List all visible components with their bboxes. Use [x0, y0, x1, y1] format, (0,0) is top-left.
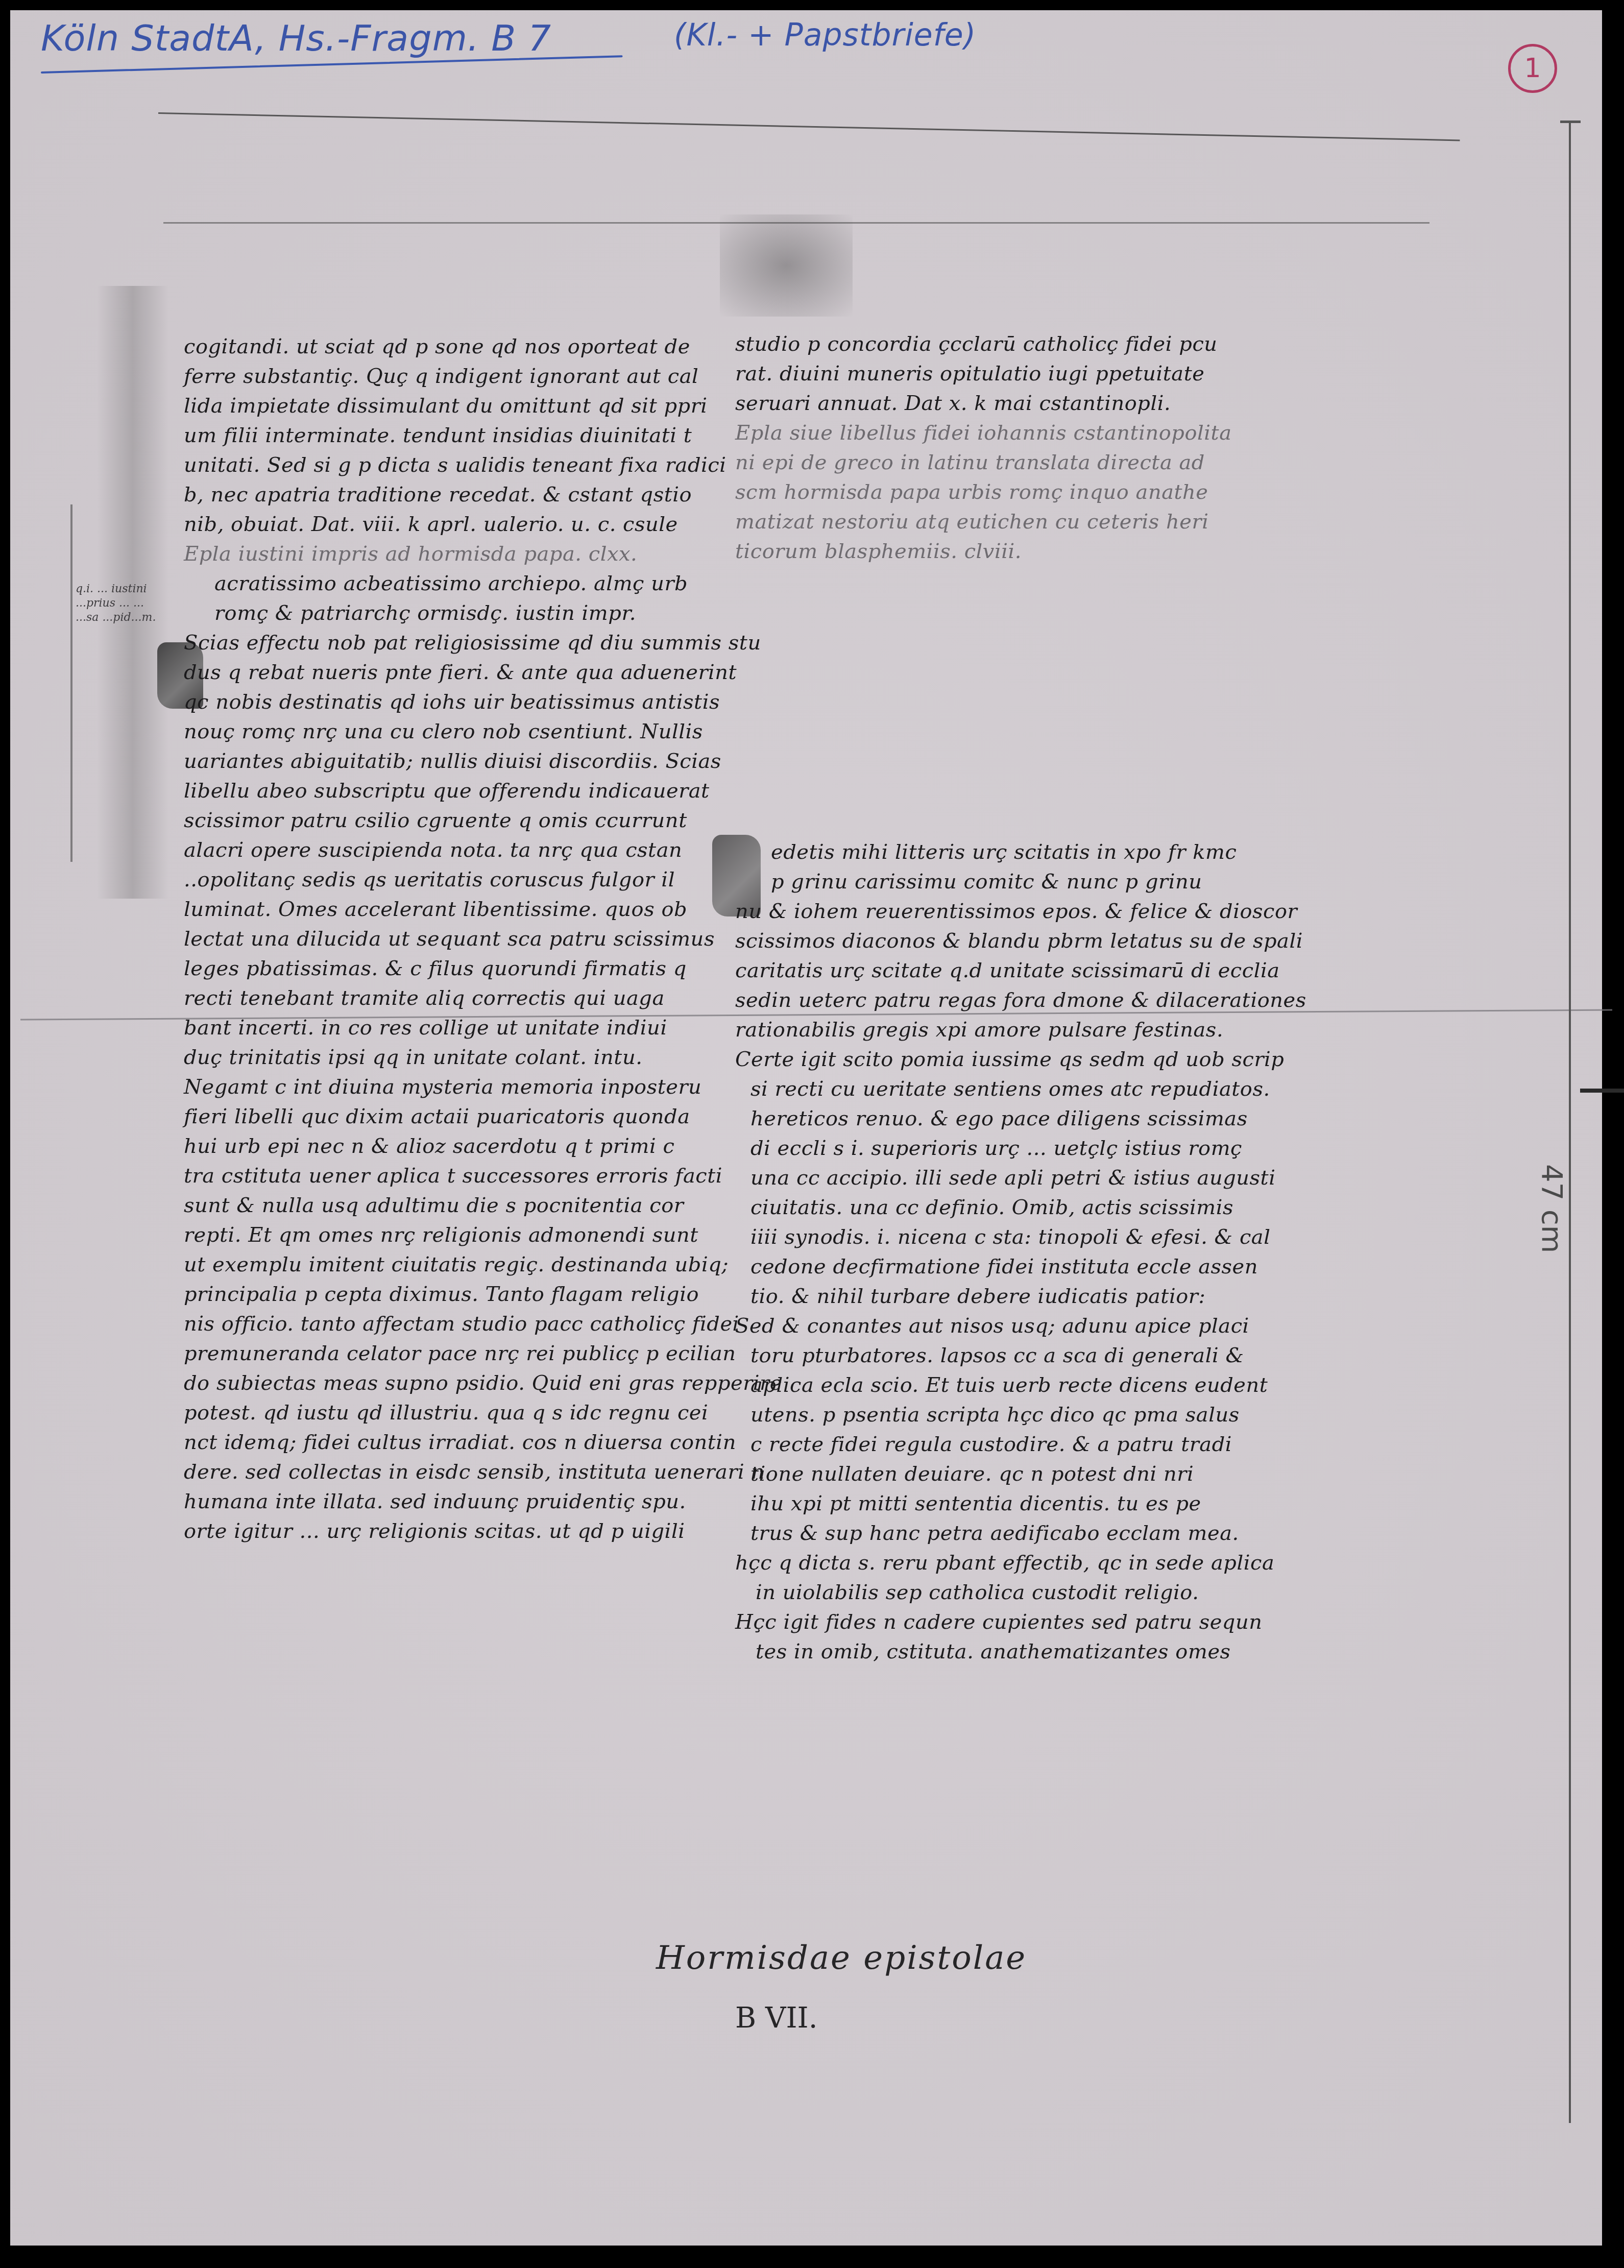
text-line: cedone decfirmatione fidei instituta ecc… [735, 1252, 1271, 1282]
text-line: tra cstituta uener aplica t successores … [184, 1161, 710, 1191]
text-line: trus & sup hanc petra aedificabo ecclam … [735, 1518, 1271, 1548]
text-line: si recti cu ueritate sentiens omes atc r… [735, 1074, 1271, 1104]
text-line: nis officio. tanto affectam studio pacc … [184, 1309, 710, 1339]
text-line: romç & patriarchç ormisdç. iustin impr. [184, 598, 710, 628]
text-line: di eccli s i. superioris urç ... uetçlç … [735, 1133, 1271, 1163]
text-line: ut exemplu imitent ciuitatis regiç. dest… [184, 1250, 710, 1280]
text-line: utens. p psentia scripta hçc dico qc pma… [735, 1400, 1271, 1430]
text-line: luminat. Omes accelerant libentissime. q… [184, 895, 710, 924]
text-line: alacri opere suscipienda nota. ta nrç qu… [184, 835, 710, 865]
text-line: ciuitatis. una cc definio. Omib, actis s… [735, 1193, 1271, 1222]
text-line: humana inte illata. sed induunç pruident… [184, 1487, 710, 1516]
rubric-line: scm hormisda papa urbis romç inquo anath… [735, 477, 1266, 507]
text-line: sedin ueterc patru regas fora dmone & di… [735, 985, 1271, 1015]
marginal-gloss: q.i. ... iustini ...prius ... ... ...sa … [76, 582, 156, 625]
right-text-column-bottom: edetis mihi litteris urç scitatis in xpo… [735, 837, 1271, 1667]
text-line: tio. & nihil turbare debere iudicatis pa… [735, 1282, 1271, 1311]
measurement-label: 47 cm [1535, 1164, 1568, 1253]
text-line: lectat una dilucida ut sequant sca patru… [184, 924, 710, 954]
text-line: ..opolitanç sedis qs ueritatis coruscus … [184, 865, 710, 895]
text-line: iiii synodis. i. nicena c sta: tinopoli … [735, 1222, 1271, 1252]
gloss-line: ...sa ...pid...m. [76, 611, 156, 625]
left-text-column: cogitandi. ut sciat qd p sone qd nos opo… [184, 332, 710, 1546]
text-line: aplica ecla scio. Et tuis uerb recte dic… [735, 1370, 1271, 1400]
text-line: sunt & nulla usq adultimu die s pocniten… [184, 1191, 710, 1220]
text-line: recti tenebant tramite aliq correctis qu… [184, 983, 710, 1013]
rubric-line: ni epi de greco in latinu translata dire… [735, 448, 1266, 477]
scan-shadow [720, 214, 853, 317]
text-line: acratissimo acbeatissimo archiepo. almç … [184, 569, 710, 598]
text-line: hçc q dicta s. reru pbant effectib, qc i… [735, 1548, 1271, 1578]
folio-number: 1 [1524, 53, 1541, 84]
archive-shelfmark-note: Köln StadtA, Hs.-Fragm. B 7 [41, 17, 551, 59]
text-line: Scias effectu nob pat religiosissime qd … [184, 628, 710, 658]
text-line: dus q rebat nueris pnte fieri. & ante qu… [184, 658, 710, 687]
text-line: orte igitur ... urç religionis scitas. u… [184, 1516, 710, 1546]
measurement-ruler-tick [1580, 1089, 1624, 1093]
text-line: studio p concordia çcclarū catholicç fid… [735, 329, 1266, 359]
text-line: nib, obuiat. Dat. viii. k aprl. ualerio.… [184, 510, 710, 539]
text-line: p grinu carissimu comitc & nunc p grinu [735, 867, 1271, 897]
rubric-line: matizat nestoriu atq eutichen cu ceteris… [735, 507, 1266, 537]
text-line: Negamt c int diuina mysteria memoria inp… [184, 1072, 710, 1102]
manuscript-top-edge [158, 112, 1460, 141]
archive-content-note: (Kl.- + Papstbriefe) [674, 17, 976, 53]
text-line: qc nobis destinatis qd iohs uir beatissi… [184, 687, 710, 717]
text-line: c recte fidei regula custodire. & a patr… [735, 1430, 1271, 1459]
text-line: seruari annuat. Dat x. k mai cstantinopl… [735, 389, 1266, 418]
text-line: in uiolabilis sep catholica custodit rel… [735, 1578, 1271, 1607]
text-line: nouç romç nrç una cu clero nob csentiunt… [184, 717, 710, 746]
right-text-column-top: studio p concordia çcclarū catholicç fid… [735, 329, 1266, 566]
text-line: Hçc igit fides n cadere cupientes sed pa… [735, 1607, 1271, 1637]
text-line: Sed & conantes aut nisos usq; adunu apic… [735, 1311, 1271, 1341]
text-line: duç trinitatis ipsi qq in unitate colant… [184, 1043, 710, 1072]
text-line: do subiectas meas supno psidio. Quid eni… [184, 1368, 710, 1398]
text-line: rationabilis gregis xpi amore pulsare fe… [735, 1015, 1271, 1045]
text-line: nu & iohem reuerentissimos epos. & felic… [735, 897, 1271, 926]
text-line: lida impietate dissimulant du omittunt q… [184, 391, 710, 421]
text-line: rat. diuini muneris opitulatio iugi ppet… [735, 359, 1266, 389]
text-line: hereticos renuo. & ego pace diligens sci… [735, 1104, 1271, 1133]
text-line: leges pbatissimas. & c filus quorundi fi… [184, 954, 710, 983]
margin-bracket-line [70, 504, 72, 862]
text-line: uariantes abiguitatib; nullis diuisi dis… [184, 746, 710, 776]
text-line: tes in omib, cstituta. anathematizantes … [735, 1637, 1271, 1667]
text-line: ferre substantiç. Quç q indigent ignoran… [184, 361, 710, 391]
text-line: cogitandi. ut sciat qd p sone qd nos opo… [184, 332, 710, 361]
text-line: nct idemq; fidei cultus irradiat. cos n … [184, 1428, 710, 1457]
text-line: b, nec apatria traditione recedat. & cst… [184, 480, 710, 510]
text-line: Certe igit scito pomia iussime qs sedm q… [735, 1045, 1271, 1074]
text-line: scissimor patru csilio cgruente q omis c… [184, 806, 710, 835]
text-line: fieri libelli quc dixim actaii puaricato… [184, 1102, 710, 1131]
text-line: dere. sed collectas in eisdc sensib, ins… [184, 1457, 710, 1487]
text-line: scissimos diaconos & blandu pbrm letatus… [735, 926, 1271, 956]
caption-title: Hormisdae epistolae [656, 1939, 1027, 1977]
gloss-line: ...prius ... ... [76, 596, 156, 611]
gloss-line: q.i. ... iustini [76, 582, 156, 596]
text-line: edetis mihi litteris urç scitatis in xpo… [735, 837, 1271, 867]
caption-signature: B VII. [735, 2001, 817, 2035]
text-line: principalia p cepta diximus. Tanto flaga… [184, 1280, 710, 1309]
text-line: toru pturbatores. lapsos cc a sca di gen… [735, 1341, 1271, 1370]
rubric-line: ticorum blasphemiis. clviii. [735, 537, 1266, 566]
scanned-sheet: Köln StadtA, Hs.-Fragm. B 7 (Kl.- + Paps… [10, 10, 1602, 2246]
rubric-line: Epla iustini impris ad hormisda papa. cl… [184, 539, 710, 569]
measurement-ruler-line [1569, 122, 1571, 2123]
text-line: una cc accipio. illi sede apli petri & i… [735, 1163, 1271, 1193]
text-line: libellu abeo subscriptu que offerendu in… [184, 776, 710, 806]
rubric-line: Epla siue libellus fidei iohannis cstant… [735, 418, 1266, 448]
text-line: tione nullaten deuiare. qc n potest dni … [735, 1459, 1271, 1489]
text-line: ihu xpi pt mitti sententia dicentis. tu … [735, 1489, 1271, 1518]
text-line: repti. Et qm omes nrç religionis admonen… [184, 1220, 710, 1250]
text-line: premuneranda celator pace nrç rei public… [184, 1339, 710, 1368]
text-line: potest. qd iustu qd illustriu. qua q s i… [184, 1398, 710, 1428]
text-line: hui urb epi nec n & alioz sacerdotu q t … [184, 1131, 710, 1161]
text-line: um filii interminate. tendunt insidias d… [184, 421, 710, 450]
text-line: unitati. Sed si g p dicta s ualidis tene… [184, 450, 710, 480]
folio-number-badge: 1 [1508, 44, 1557, 93]
text-line: caritatis urç scitate q.d unitate scissi… [735, 956, 1271, 985]
